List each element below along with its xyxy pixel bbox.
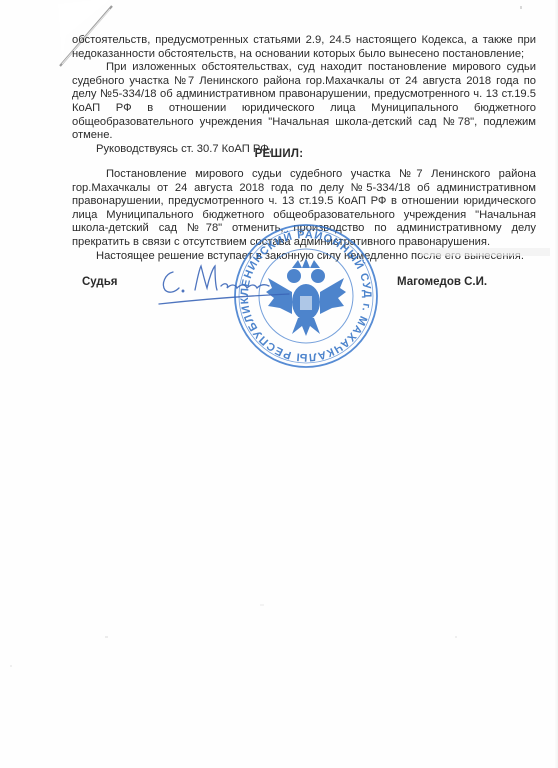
paragraph-court-finding: При изложенных обстоятельствах, суд нахо… — [72, 61, 536, 143]
document-page: обстоятельств, предусмотренных статьями … — [0, 0, 558, 768]
decision-heading: РЕШИЛ: — [0, 148, 558, 160]
page-edge — [554, 0, 558, 768]
judge-role-label: Судья — [82, 276, 118, 288]
text-block-top: обстоятельств, предусмотренных статьями … — [72, 34, 536, 156]
judge-signature — [155, 258, 295, 308]
judge-name: Магомедов С.И. — [397, 276, 487, 288]
paragraph-circumstances: обстоятельств, предусмотренных статьями … — [72, 34, 536, 61]
